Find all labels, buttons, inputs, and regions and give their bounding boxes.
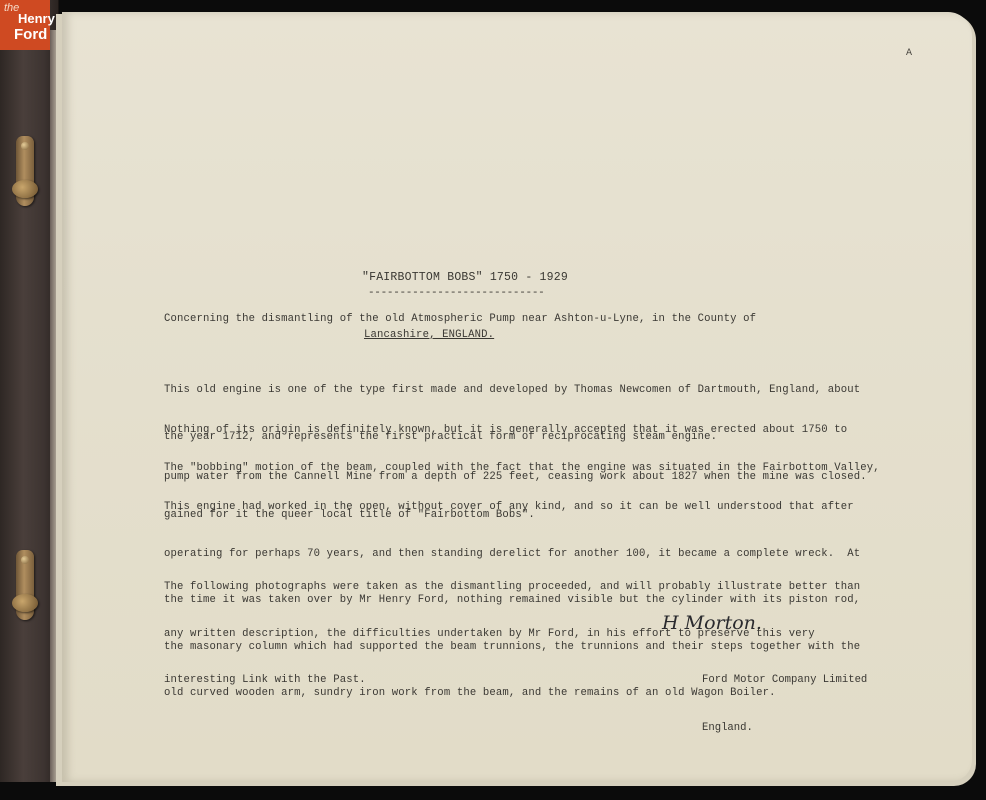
logo-ford: Ford	[14, 27, 47, 42]
paragraph-line: This engine had worked in the open, with…	[164, 500, 860, 516]
paragraph-line: The following photographs were taken as …	[164, 580, 860, 596]
handwritten-signature: H Morton.	[662, 612, 762, 634]
signature-company: Ford Motor Company Limited	[702, 672, 867, 688]
top-hinge-icon	[12, 136, 38, 216]
henry-ford-logo: the Henry Ford	[0, 0, 50, 50]
album-page: A "FAIRBOTTOM BOBS" 1750 - 1929 --------…	[62, 12, 972, 782]
bottom-hinge-icon	[12, 550, 38, 630]
signature-block: Ford Motor Company Limited England.	[702, 640, 867, 768]
intro-line-1: Concerning the dismantling of the old At…	[164, 312, 756, 328]
logo-henry: Henry	[18, 12, 55, 25]
page-title: "FAIRBOTTOM BOBS" 1750 - 1929	[362, 271, 568, 284]
logo-the: the	[4, 3, 19, 14]
page-letter: A	[906, 48, 912, 59]
intro-line-2: Lancashire, ENGLAND.	[364, 328, 494, 344]
signature-country: England.	[702, 720, 867, 736]
title-underline: ----------------------------	[368, 287, 544, 299]
